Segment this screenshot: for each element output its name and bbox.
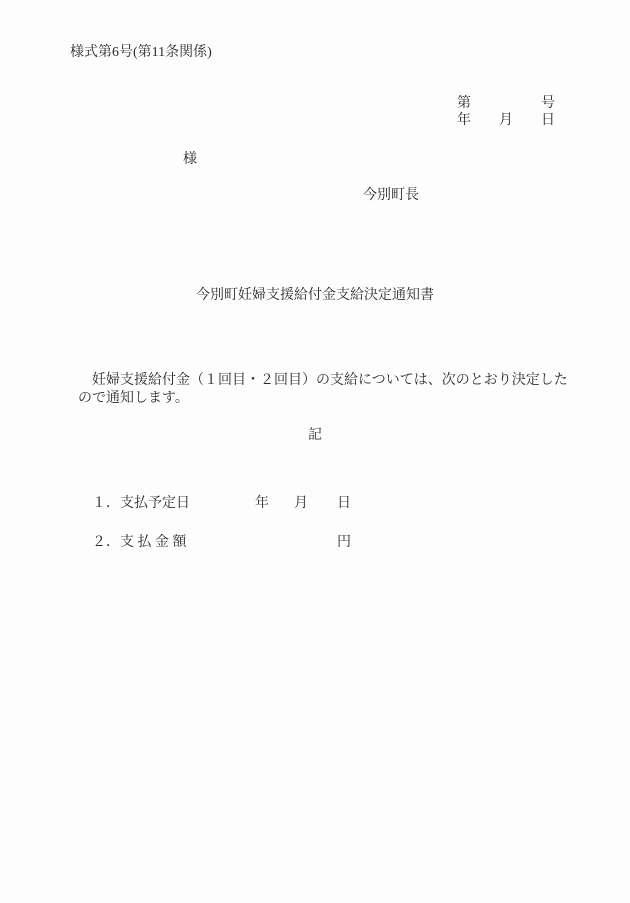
doc-number-suffix: 号 [541,96,555,112]
item1-month-label: 月 [294,496,308,512]
ki-marker: 記 [0,428,630,444]
item1-year-label: 年 [255,496,269,512]
document-page: 様式第6号(第11条関係) 第 号 年 月 日 様 今別町長 今別町妊婦支援給付… [0,0,630,903]
body-line-2: ので通知します。 [78,391,189,407]
date-month-label: 月 [499,113,513,129]
item2-unit-label: 円 [337,535,351,551]
doc-number-prefix: 第 [457,96,471,112]
document-title: 今別町妊婦支援給付金支給決定通知書 [0,288,630,304]
item1-label: １．支払予定日 [92,496,190,512]
body-line-1: 妊婦支援給付金（１回目・２回目）の支給については、次のとおり決定した [78,373,568,389]
form-number: 様式第6号(第11条関係) [70,45,212,61]
item2-label: ２．支 払 金 額 [92,535,187,551]
sender-name: 今別町長 [363,188,419,204]
date-year-label: 年 [457,113,471,129]
date-day-label: 日 [541,113,555,129]
item1-day-label: 日 [337,496,351,512]
addressee-honorific: 様 [183,152,197,168]
